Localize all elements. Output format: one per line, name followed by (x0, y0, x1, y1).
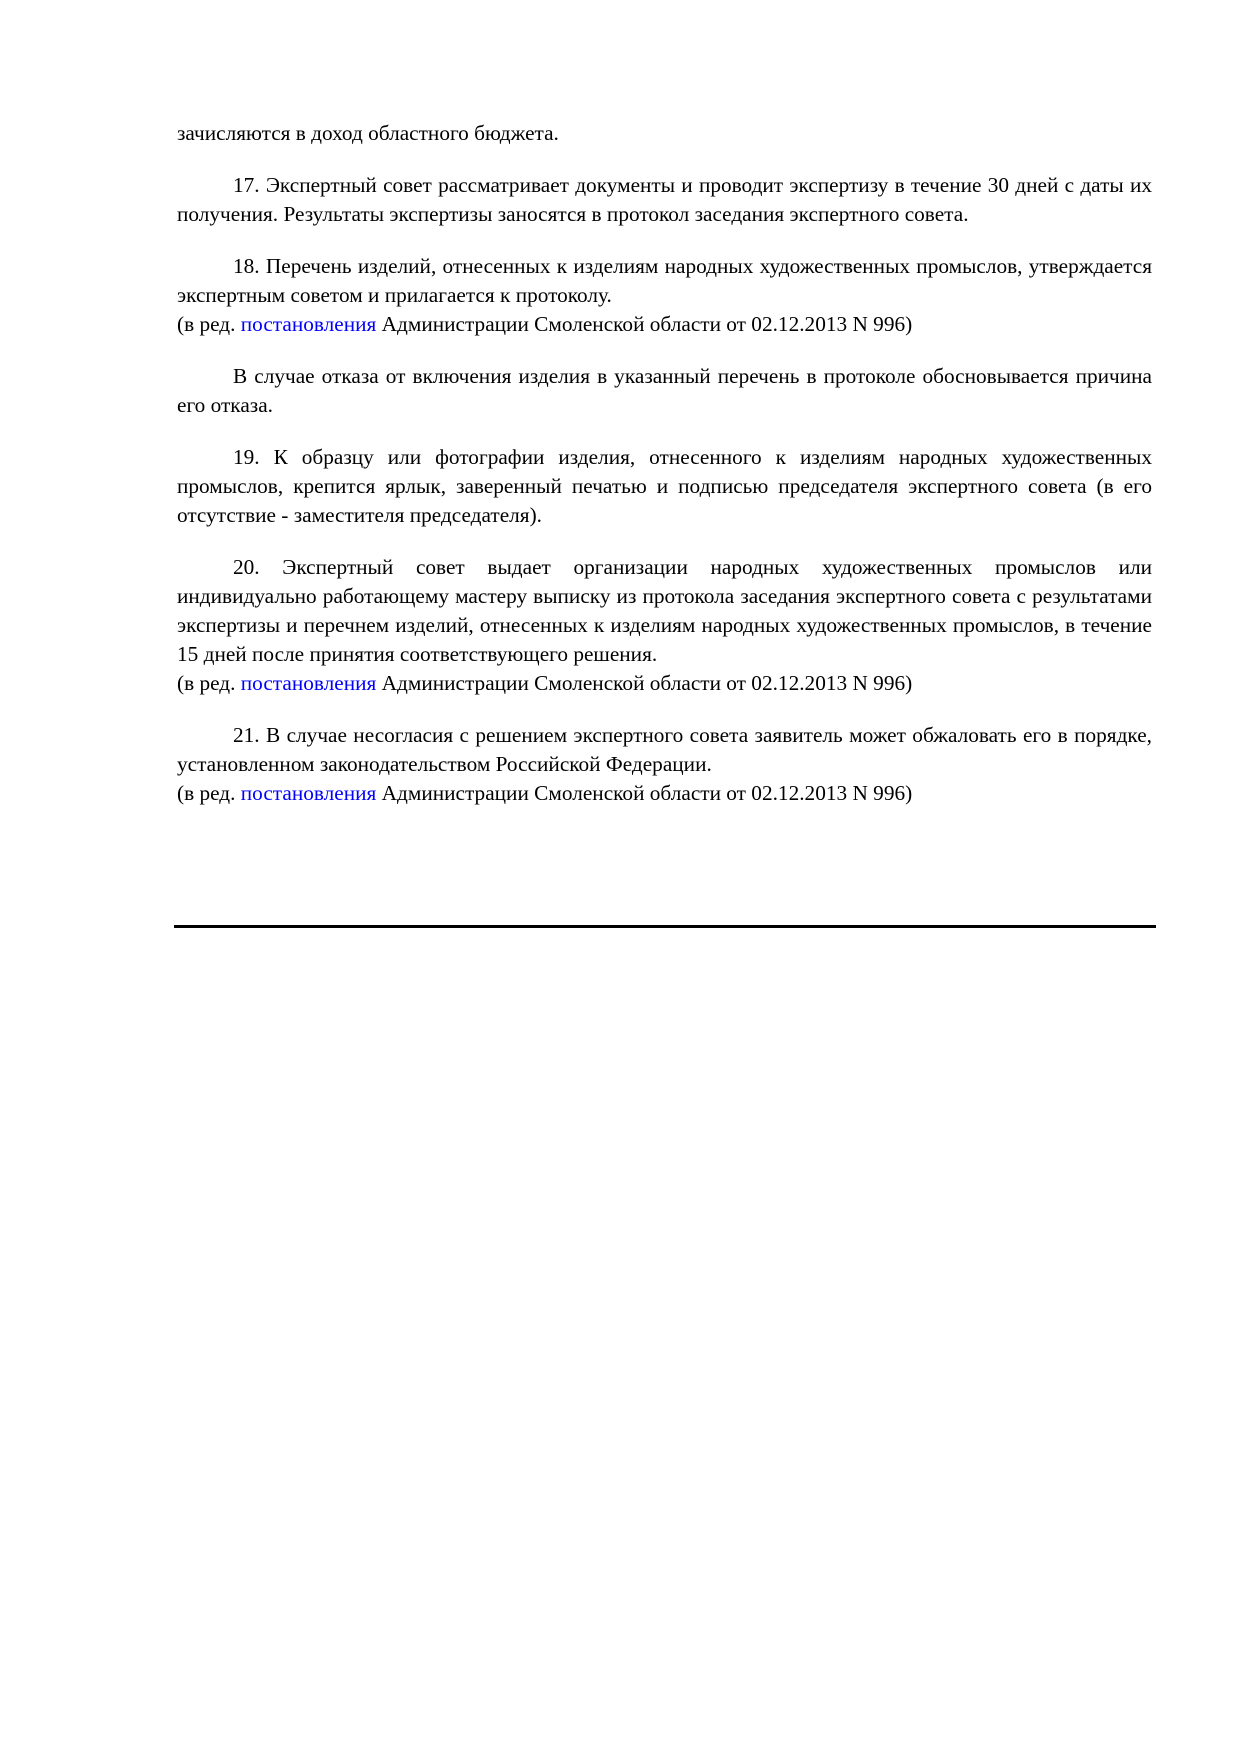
note-suffix: Администрации Смоленской области от 02.1… (376, 312, 912, 336)
note-prefix: (в ред. (177, 781, 241, 805)
paragraph-21: 21. В случае несогласия с решением экспе… (177, 721, 1152, 779)
paragraph-18: 18. Перечень изделий, отнесенных к издел… (177, 252, 1152, 310)
paragraph-17: 17. Экспертный совет рассматривает докум… (177, 171, 1152, 229)
note-suffix: Администрации Смоленской области от 02.1… (376, 781, 912, 805)
amendment-note-21: (в ред. постановления Администрации Смол… (177, 779, 1152, 808)
amendment-link[interactable]: постановления (241, 312, 377, 336)
paragraph-20: 20. Экспертный совет выдает организации … (177, 553, 1152, 669)
amendment-link[interactable]: постановления (241, 781, 377, 805)
paragraph-continuation: зачисляются в доход областного бюджета. (177, 119, 1152, 148)
note-prefix: (в ред. (177, 312, 241, 336)
paragraph-18-refusal: В случае отказа от включения изделия в у… (177, 362, 1152, 420)
amendment-note-20: (в ред. постановления Администрации Смол… (177, 669, 1152, 698)
amendment-note-18: (в ред. постановления Администрации Смол… (177, 310, 1152, 339)
note-suffix: Администрации Смоленской области от 02.1… (376, 671, 912, 695)
paragraph-19: 19. К образцу или фотографии изделия, от… (177, 443, 1152, 530)
note-prefix: (в ред. (177, 671, 241, 695)
document-page: зачисляются в доход областного бюджета. … (177, 119, 1152, 831)
end-of-document-rule (174, 925, 1156, 928)
amendment-link[interactable]: постановления (241, 671, 377, 695)
